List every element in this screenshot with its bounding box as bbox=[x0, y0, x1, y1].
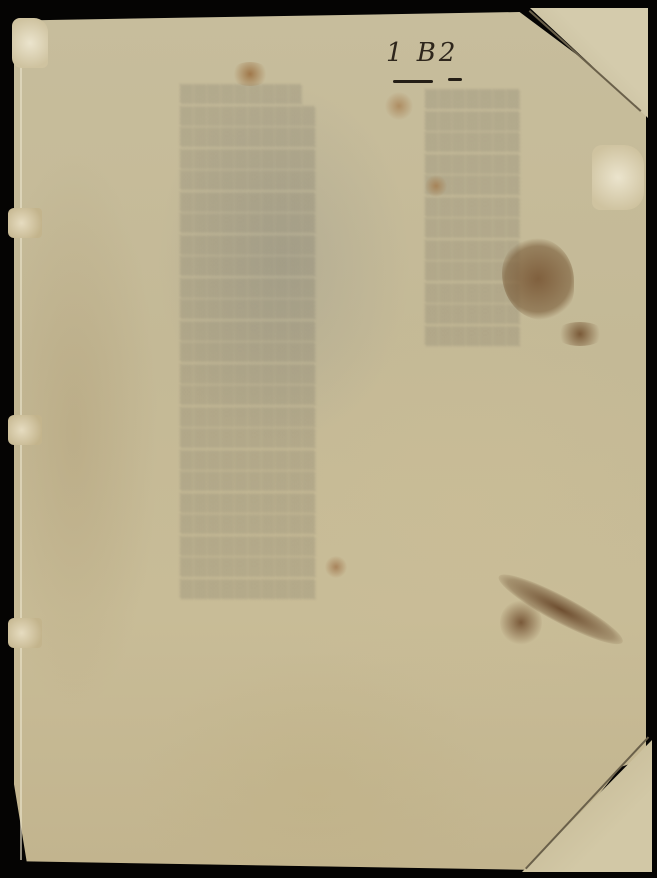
stain-blot-lower-right bbox=[500, 600, 542, 645]
handwritten-shelfmark: 1 B2 bbox=[386, 38, 458, 68]
shelfmark-underline-short bbox=[448, 78, 462, 81]
shelfmark-underline bbox=[393, 80, 433, 83]
stain-small-right bbox=[555, 322, 605, 346]
show-through-text-column-left: ▒▒▒▒▒▒▒▒▒ ▒▒▒▒▒▒▒▒▒▒ ▒▒▒▒▒▒▒▒▒▒ ▒▒▒▒▒▒▒▒… bbox=[180, 85, 316, 601]
torn-corner-top-left bbox=[12, 18, 48, 68]
vellum-cover bbox=[14, 12, 646, 870]
stain-top bbox=[230, 62, 270, 86]
stain-dot-top bbox=[425, 175, 447, 197]
binding-tab-middle bbox=[8, 415, 42, 445]
show-through-text-column-right: ▒▒▒▒▒▒▒ ▒▒▒▒▒▒▒ ▒▒▒▒▒▒▒ ▒▒▒▒▒▒▒ ▒▒▒▒▒▒▒ … bbox=[425, 90, 520, 348]
worn-patch-right bbox=[592, 145, 644, 210]
binding-tab-bottom bbox=[8, 618, 42, 648]
stain-dot-center bbox=[325, 556, 347, 578]
stain-dot-shelfmark bbox=[385, 92, 413, 120]
binding-tab-top bbox=[8, 208, 42, 238]
